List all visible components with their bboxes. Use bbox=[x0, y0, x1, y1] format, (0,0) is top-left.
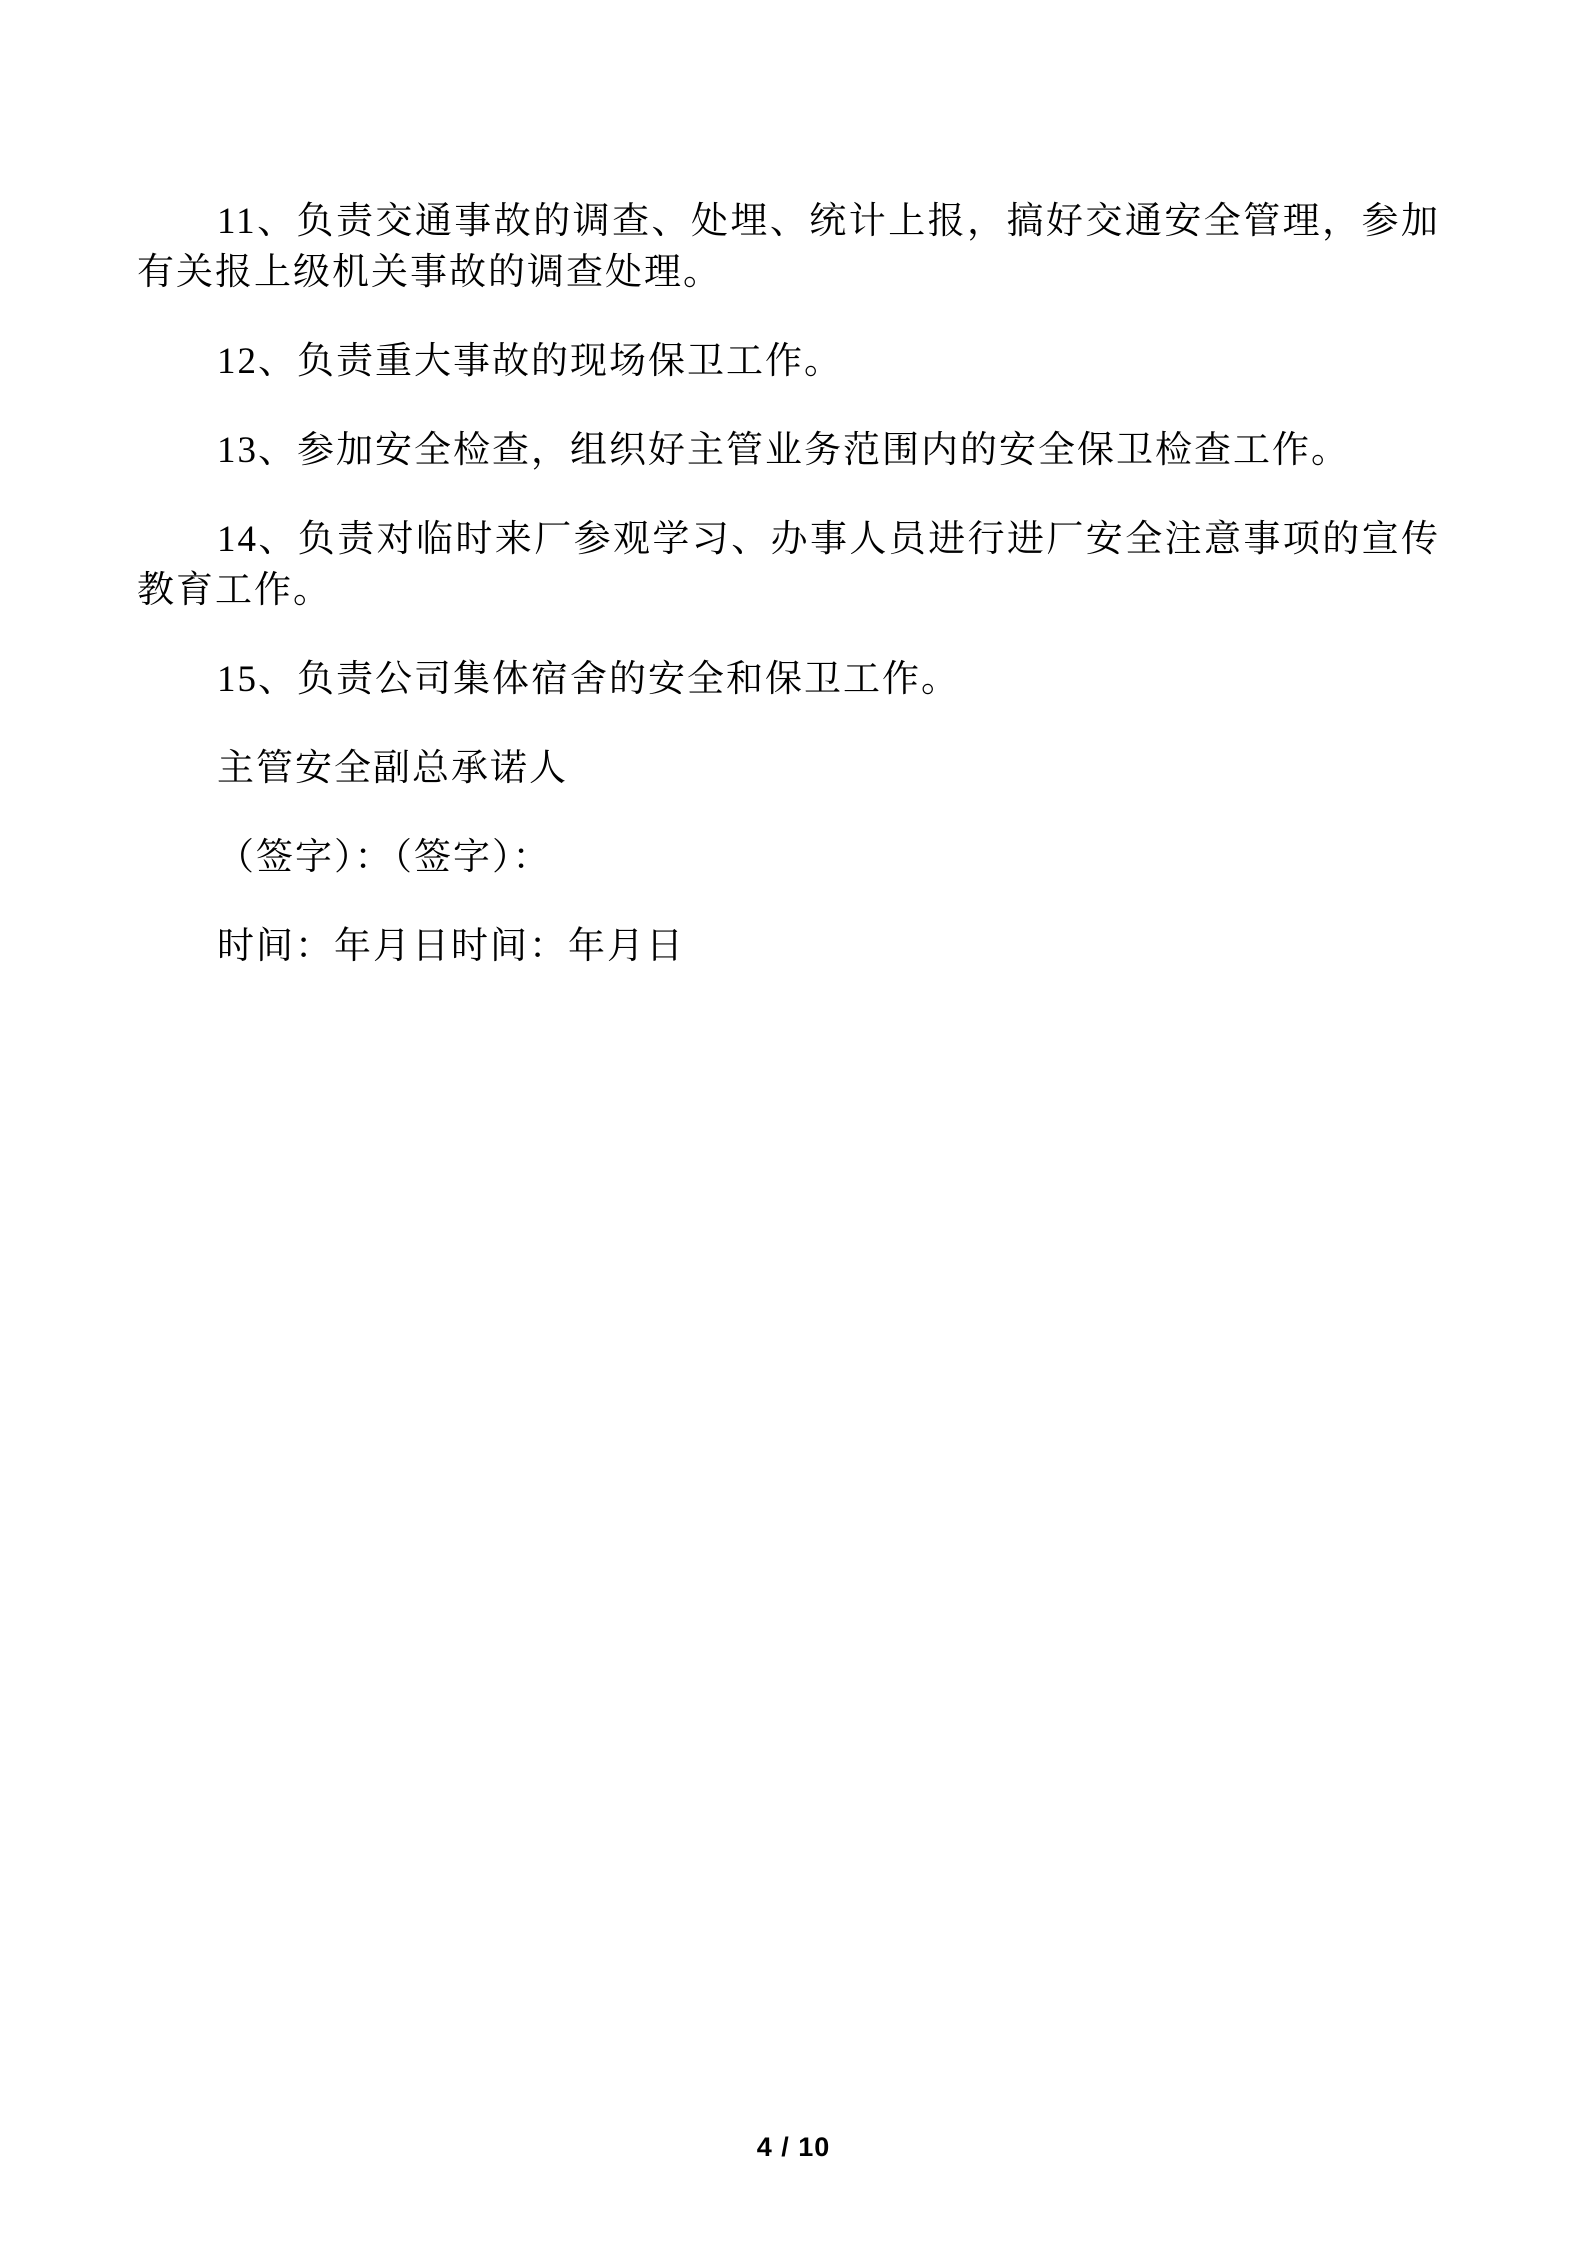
line-responsible-person: 主管安全副总承诺人 bbox=[137, 743, 1440, 794]
page-number: 4 / 10 bbox=[757, 2131, 831, 2163]
document-body: 11、负责交通事故的调查、处埋、统计上报，搞好交通安全管理，参加有关报上级机关事… bbox=[137, 196, 1440, 1010]
document-page: 11、负责交通事故的调查、处埋、统计上报，搞好交通安全管理，参加有关报上级机关事… bbox=[0, 0, 1587, 2245]
paragraph-item-14: 14、负责对临时来厂参观学习、办事人员进行进厂安全注意事项的宣传教育工作。 bbox=[137, 514, 1440, 616]
page-footer: 4 / 10 bbox=[0, 2131, 1587, 2163]
paragraph-item-15: 15、负责公司集体宿舍的安全和保卫工作。 bbox=[137, 654, 1440, 705]
line-date: 时间：年月日时间：年月日 bbox=[137, 921, 1440, 972]
paragraph-item-13: 13、参加安全检查，组织好主管业务范围内的安全保卫检查工作。 bbox=[137, 425, 1440, 476]
paragraph-item-12: 12、负责重大事故的现场保卫工作。 bbox=[137, 336, 1440, 387]
line-signature: （签字）：（签字）： bbox=[137, 832, 1440, 883]
paragraph-item-11: 11、负责交通事故的调查、处埋、统计上报，搞好交通安全管理，参加有关报上级机关事… bbox=[137, 196, 1440, 298]
